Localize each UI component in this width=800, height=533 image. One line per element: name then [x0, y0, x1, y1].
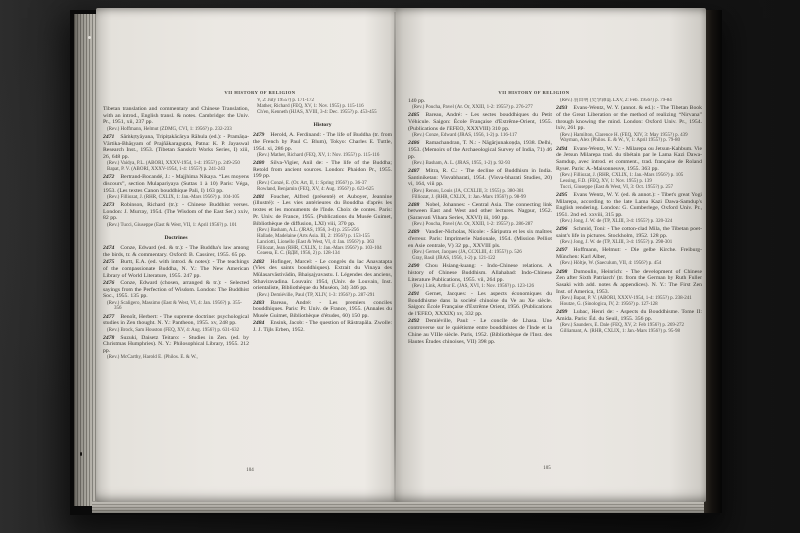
section-heading: Doctrines	[103, 235, 249, 241]
entry-number: 2482	[253, 259, 264, 265]
review-line: Ch'en, Kenneth (HJAS, XVIII, 3-4: Dec. 1…	[253, 110, 392, 116]
entry-continuation: Tibetan translation and commentary and C…	[103, 106, 249, 126]
entry-number: 2490	[408, 263, 419, 269]
bibliography-entry: 2476Conze, Edward (chosen, arranged & tr…	[103, 280, 249, 300]
bibliography-entry: 2479Herold, A. Ferdinand: - The life of …	[253, 132, 392, 152]
review-line: Lanciotti, Lionello (East & West, VI, 4:…	[253, 240, 392, 246]
bibliography-entry: 2499Lubac, Henri de: - Aspects du Bouddh…	[556, 309, 702, 322]
review-line: Wayman, Alex (Philos. E. & W., V, 1: Apr…	[556, 138, 702, 144]
entry-number: 2483	[253, 300, 264, 306]
entry-number: 2480	[253, 160, 264, 166]
review-line: (Rev.) Filliozat, J. (RHR, CXLIX, 1: Jan…	[556, 173, 702, 179]
review-block: (Rev.) Hoffmann, Helmut (ZDMG, CVI, 1: 1…	[103, 127, 249, 133]
review-block: (Rev.) Brock, Sam Houston (FEQ, XV, 4: A…	[103, 328, 249, 334]
bibliography-entry: 2497Hoffmann, Helmut: - Die gelbe Kirche…	[556, 247, 702, 260]
entry-number: 2476	[103, 280, 114, 286]
review-block: (Rev.) Hamilton, Clarence H. (FEQ, XIV, …	[556, 133, 702, 145]
review-block: (Rev.) Tucci, Giuseppe (East & West, VII…	[103, 223, 249, 229]
review-block: (Rev.) Gernet, Jacques (JA, CCXLIII, 4: …	[408, 250, 552, 262]
review-block: (Rev.) Poucha, Pavel (Ar. Or, XXIII, 1-2…	[408, 222, 552, 228]
book-left-page-edges	[74, 14, 98, 506]
review-line: Houtze, G. (Sinologica, IV, 2: 1956?) p.…	[556, 302, 702, 308]
review-line: (Rev.) Link, Arthur E. (JAS, XVI, 1: Nov…	[408, 284, 552, 290]
entry-number: 2485	[408, 112, 419, 118]
review-line: Bapat, P. V. (ABORI, XXXV-1954, 1-4: 195…	[103, 167, 249, 173]
review-block: (Rev.) Renou, Louis (JA, CCXLIII, 3: 195…	[408, 189, 552, 201]
bibliography-entry: 2478Suzuki, Daisetz Teitaro: - Studies i…	[103, 335, 249, 355]
review-block: (Rev.) Jong, J. W. de (TP, XLIII, 3-4: 1…	[556, 219, 702, 225]
review-block: (Rev.) Vaidya, P.L. (ABORI, XXXV-1954, 1…	[103, 161, 249, 173]
bibliography-entry: 2495Evans Wentz, W. Y. (ed. & annot.): -…	[556, 192, 702, 219]
scan-speck	[80, 452, 82, 456]
entry-number: 2472	[103, 174, 114, 180]
bibliography-entry: 2484Ensink, Jacob: - The question of Rās…	[253, 320, 392, 333]
bibliography-entry: 2498Dumoulin, Heinrich: - The developmen…	[556, 269, 702, 296]
review-block: (Rev.) Demiéville, Paul (TP, XLIV, 1-3: …	[253, 293, 392, 299]
bibliography-entry: 2493Evans-Wentz, W. Y. (annot. & ed.): -…	[556, 105, 702, 132]
entry-number: 2479	[253, 132, 264, 138]
entry-number: 2486	[408, 140, 419, 146]
review-line: (Rev.) Poucha, Pavel (Ar. Or, XXIII, 1-2…	[408, 105, 552, 111]
review-line: (Rev.) 羽田明 (史學雜誌 LXV, 2: Feb. 1956?) p. …	[556, 98, 702, 104]
review-block: (Rev.) Basham, A. L. (JRAS, 1955, 1-2) p…	[408, 161, 552, 167]
review-block: (Rev.) Basham, A.L. (JRAS, 1956, 3-4) p.…	[253, 228, 392, 258]
entry-number: 2492	[408, 318, 419, 324]
entry-number: 2478	[103, 335, 114, 341]
entry-number: 2487	[408, 168, 419, 174]
review-block: (Rev.) Filliozat, J. (RHR, CXLIX, 1: Jan…	[556, 173, 702, 191]
entry-continuation: 140 pp.	[408, 98, 552, 105]
entry-number: 2477	[103, 314, 114, 320]
entry-number: 2475	[103, 259, 114, 265]
entry-number: 2491	[408, 291, 419, 297]
right-page-column-2: (Rev.) 羽田明 (史學雜誌 LXV, 2: Feb. 1956?) p. …	[556, 98, 702, 464]
review-line: (Rev.) Scaligero, Massimo (East & West, …	[103, 301, 249, 313]
review-block: (Rev.) Poucha, Pavel (Ar. Or, XXIII, 1-2…	[408, 105, 552, 111]
entry-number: 2494	[556, 146, 567, 152]
review-line: Сеаена, Е. С. (ВДИ, 1956, 2) p. 128-134	[253, 251, 392, 257]
review-line: (Rev.) Saunders, E. Dale (FEQ, XV, 2: Fe…	[556, 323, 702, 329]
entry-number: 2489	[408, 229, 419, 235]
review-block: (Rev.) Mather, Richard (FEQ, XV, 1: Nov.…	[253, 153, 392, 159]
entry-number: 2499	[556, 309, 567, 315]
entry-number: 2481	[253, 194, 264, 200]
review-block: (Rev.) McCarthy, Harold E. (Philos. E. &…	[103, 355, 249, 361]
review-block: (Rev.) Bapat, P. V. (ABORI, XXXV-1954, 1…	[556, 296, 702, 308]
bibliography-entry: 2472Bertrand-Bocandé, J.: - Majjhima Nik…	[103, 174, 249, 194]
review-line: (Rev.) Jong, J. W. de (TP, XLIII, 3-4: 1…	[556, 219, 702, 225]
review-line: Filliozat, J. (RHR, CXLIX, 1: Jan.-Mars …	[408, 195, 552, 201]
entry-number: 2471	[103, 134, 114, 140]
review-block: (Rev.) Link, Arthur E. (JAS, XVI, 1: Nov…	[408, 284, 552, 290]
entry-number: 2473	[103, 202, 114, 208]
left-page-column-2: V, 2: July 1955?) p. 171-172Mather, Rich…	[253, 98, 392, 464]
review-line: (Rev.) Conze, Edward (JRAS, 1956, 1-2) p…	[408, 133, 552, 139]
review-line: Rowland, Benjamin (FEQ, XV, 4: Aug. 1956…	[253, 187, 392, 193]
review-block: (Rev.) Saunders, E. Dale (FEQ, XV, 2: Fe…	[556, 323, 702, 335]
page-number-left: 104	[230, 468, 270, 473]
bibliography-entry: 2491Gernet, Jacques: - Les aspects écono…	[408, 291, 552, 318]
review-line: (Rev.) Filliozat, J. (RHR, CXLIX, 1: Jan…	[103, 195, 249, 201]
review-block: (Rev.) Jong, J. W. de (TP, XLIII, 3-4: 1…	[556, 240, 702, 246]
right-page-column-1: 140 pp.(Rev.) Poucha, Pavel (Ar. Or, XXI…	[408, 98, 552, 462]
entry-number: 2497	[556, 247, 567, 253]
review-block: (Rev.) Conzé, E. (Or. Art, II, 1: Spring…	[253, 181, 392, 193]
bibliography-entry: 2477Benoît, Herbert: - The supreme doctr…	[103, 314, 249, 327]
bibliography-entry: 2483Bareau, André: - Les premiers concil…	[253, 300, 392, 320]
review-line: (Rev.) Jong, J. W. de (TP, XLIII, 3-4: 1…	[556, 240, 702, 246]
review-line: Tucci, Giuseppe (East & West, VI, 3: Oct…	[556, 185, 702, 191]
bibliography-entry: 2486Ramachandran, T. N.: - Nāgārjunakoṇḍ…	[408, 140, 552, 160]
review-line: (Rev.) Bapat, P. V. (ABORI, XXXV-1954, 1…	[556, 296, 702, 302]
bibliography-entry: 2488Nobel, Johannes: - Central Asia. The…	[408, 202, 552, 222]
book-bottom-page-edges	[92, 501, 704, 513]
book-right-cover	[704, 10, 722, 513]
review-line: (Rev.) Demiéville, Paul (TP, XLIV, 1-3: …	[253, 293, 392, 299]
section-heading: History	[253, 122, 392, 128]
bibliography-entry: 2481Foucher, Alfred (présenté) et Auboye…	[253, 194, 392, 228]
entry-number: 2496	[556, 226, 567, 232]
running-head-left-page: VII HISTORY OF RELIGION	[180, 90, 340, 95]
review-block: (Rev.) Scaligero, Massimo (East & West, …	[103, 301, 249, 313]
review-block: (Rev.) Conze, Edward (JRAS, 1956, 1-2) p…	[408, 133, 552, 139]
review-line: (Rev.) Brock, Sam Houston (FEQ, XV, 4: A…	[103, 328, 249, 334]
page-number-right: 105	[527, 466, 567, 471]
bibliography-entry: 2494Evans-Wentz, W. Y.: - Milarepa ou Je…	[556, 146, 702, 173]
left-page-column-1: Tibetan translation and commentary and C…	[103, 106, 249, 462]
review-line: Gilliamant, A. (RHR, CXLIX, 1: Jan.-Mars…	[556, 329, 702, 335]
entry-number: 2484	[253, 320, 264, 326]
bibliography-entry: 2474Conze, Edward (ed. & tr.): - The Bud…	[103, 245, 249, 258]
review-block: (Rev.) Filliozat, J. (RHR, CXLIX, 1: Jan…	[103, 195, 249, 201]
running-head-right-page: VII HISTORY OF RELIGION	[454, 90, 614, 95]
review-line: (Rev.) McCarthy, Harold E. (Philos. E. &…	[103, 355, 249, 361]
bibliography-entry: 2485Bareau, André: - Les sectes bouddhiq…	[408, 112, 552, 132]
entry-number: 2474	[103, 245, 114, 251]
bibliography-entry: 2489Vandier-Nicholas, Nicole: - Śāriputr…	[408, 229, 552, 249]
bibliography-entry: 2471Sāṁkṛtyāyana, Tripiṭakācārya Rāhula …	[103, 134, 249, 161]
bibliography-entry: 2475Burtt, E.A. (ed. with introd. & note…	[103, 259, 249, 279]
bibliography-entry: 2480Silva-Vigier, Anil de: - The life of…	[253, 160, 392, 180]
review-line: Gray, Basil (JRAS, 1956, 1-2) p. 121-122	[408, 256, 552, 262]
scan-speck	[88, 36, 91, 39]
review-line: (Rev.) Basham, A. L. (JRAS, 1955, 1-2) p…	[408, 161, 552, 167]
review-block: V, 2: July 1955?) p. 171-172Mather, Rich…	[253, 98, 392, 116]
bibliography-entry: 2482Hofinger, Marcel: - Le congrès du la…	[253, 259, 392, 293]
review-block: (Rev.) 羽田明 (史學雜誌 LXV, 2: Feb. 1956?) p. …	[556, 98, 702, 104]
bibliography-entry: 2496Schmid, Toni: - The cotton-clad Mila…	[556, 226, 702, 239]
entry-number: 2498	[556, 269, 567, 275]
review-block: (Rev.) Höltje, W. (Saeculum, VII, 4: 195…	[556, 261, 702, 267]
review-line: (Rev.) Poucha, Pavel (Ar. Or, XXIII, 1-2…	[408, 222, 552, 228]
review-line: (Rev.) Hoffmann, Helmut (ZDMG, CVI, 1: 1…	[103, 127, 249, 133]
bibliography-entry: 2490Chou Hsiang-kuang: - Indo-Chinese re…	[408, 263, 552, 283]
review-line: (Rev.) Höltje, W. (Saeculum, VII, 4: 195…	[556, 261, 702, 267]
entry-number: 2488	[408, 202, 419, 208]
bibliography-entry: 2473Robinson, Richard (tr.): - Chinese B…	[103, 202, 249, 222]
book-gutter	[394, 12, 396, 500]
entry-number: 2493	[556, 105, 567, 111]
review-line: (Rev.) Tucci, Giuseppe (East & West, VII…	[103, 223, 249, 229]
entry-number: 2495	[556, 192, 567, 198]
scanned-book-photo: { "book": { "running_head": "VII HISTORY…	[0, 0, 800, 533]
bibliography-entry: 2487Mitra, R. C.: - The decline of Buddh…	[408, 168, 552, 188]
bibliography-entry: 2492Demiéville, Paul: - Le concile de Lh…	[408, 318, 552, 345]
review-line: (Rev.) Mather, Richard (FEQ, XV, 1: Nov.…	[253, 153, 392, 159]
